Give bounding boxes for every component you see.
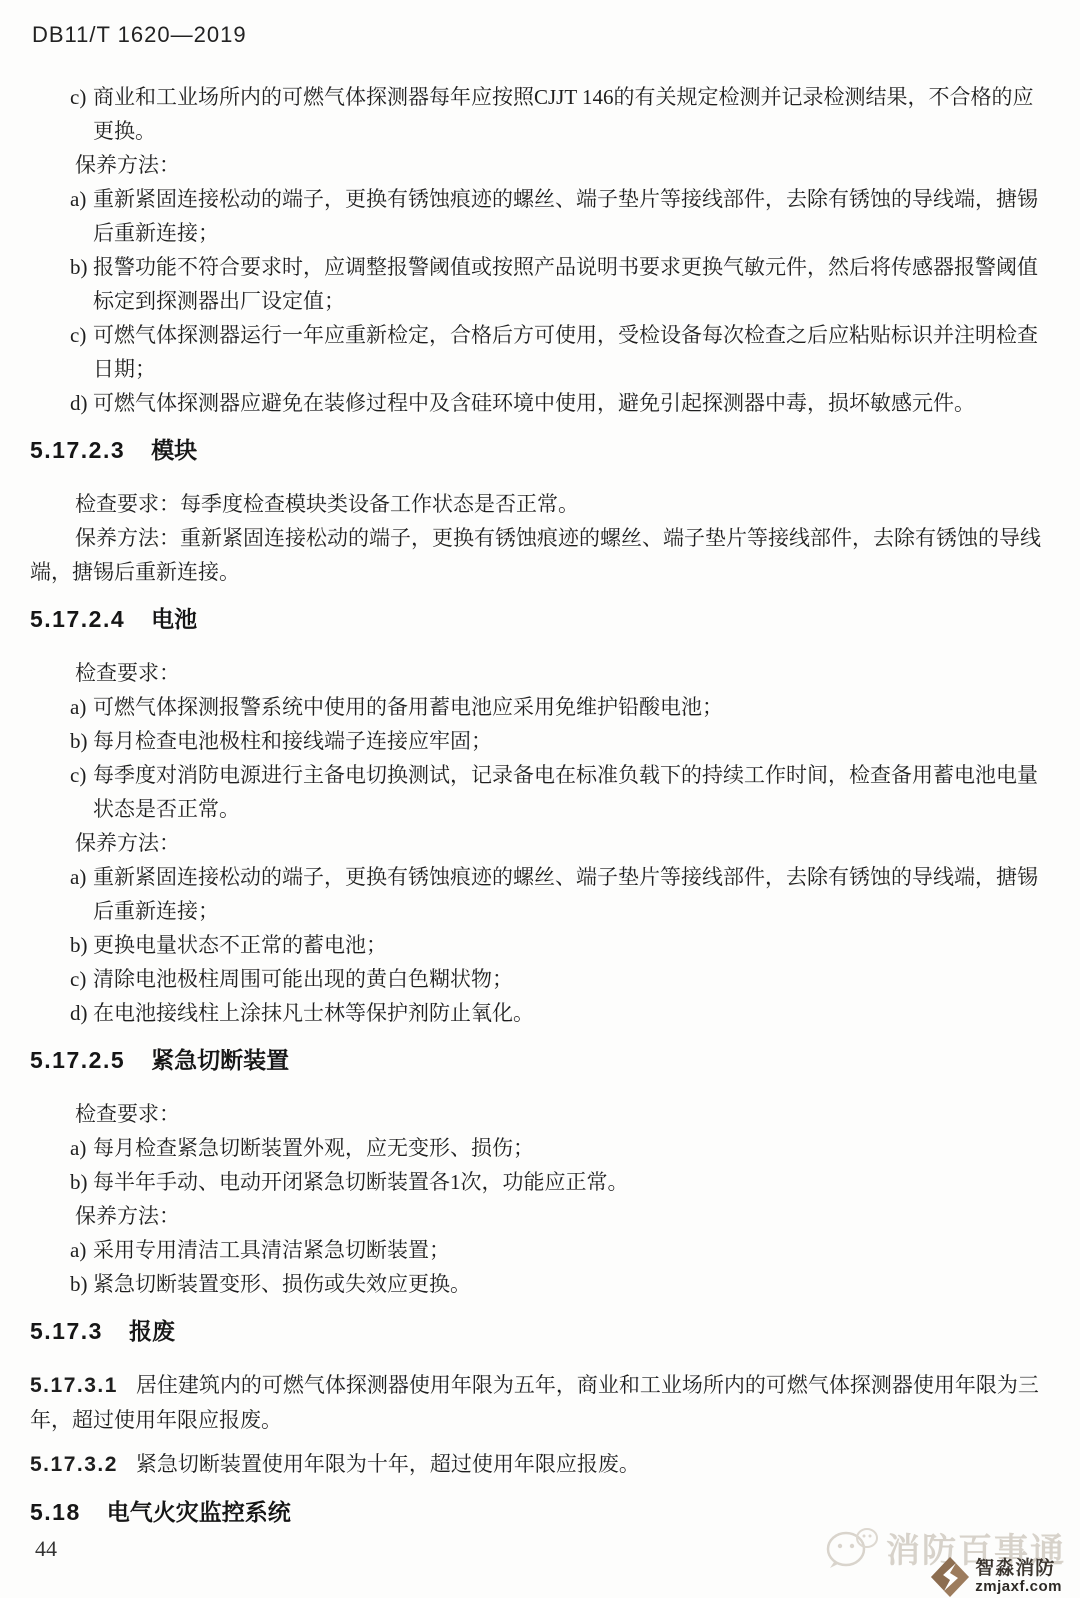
section-title: 电气火灾监控系统 bbox=[107, 1499, 291, 1525]
list-item-text: 每月检查电池极柱和接线端子连接应牢固； bbox=[93, 729, 492, 753]
list-item-text: 每半年手动、电动开闭紧急切断装置各1次，功能应正常。 bbox=[93, 1170, 629, 1194]
list-item-text: 可燃气体探测器应避免在装修过程中及含硅环境中使用，避免引起探测器中毒，损坏敏感元… bbox=[93, 391, 975, 415]
section-heading: 5.17.2.3模块 bbox=[30, 435, 1046, 465]
section-number: 5.17.2.4 bbox=[30, 606, 125, 632]
list-item-label: b) bbox=[70, 928, 88, 962]
list-item: b) 更换电量状态不正常的蓄电池； bbox=[30, 928, 1046, 962]
section-title: 紧急切断装置 bbox=[151, 1047, 289, 1073]
list-item-label: d) bbox=[70, 386, 88, 420]
list-item: a) 可燃气体探测报警系统中使用的备用蓄电池应采用免维护铅酸电池； bbox=[30, 690, 1046, 724]
list-item: c) 可燃气体探测器运行一年应重新检定，合格后方可使用，受检设备每次检查之后应粘… bbox=[30, 318, 1046, 386]
list-item-label: b) bbox=[70, 250, 88, 284]
list-item-label: a) bbox=[70, 1131, 86, 1165]
list-item-label: a) bbox=[70, 182, 86, 216]
list-item: a) 每月检查紧急切断装置外观，应无变形、损伤； bbox=[30, 1131, 1046, 1165]
list-item-text: 清除电池极柱周围可能出现的黄白色糊状物； bbox=[93, 967, 513, 991]
list-item: a) 重新紧固连接松动的端子，更换有锈蚀痕迹的螺丝、端子垫片等接线部件，去除有锈… bbox=[30, 182, 1046, 250]
section-title: 模块 bbox=[151, 437, 197, 463]
section-number: 5.17.2.5 bbox=[30, 1047, 125, 1073]
list-item-label: c) bbox=[70, 962, 86, 996]
paragraph-label: 检查要求： bbox=[30, 656, 1046, 690]
list-item-text: 在电池接线柱上涂抹凡士林等保护剂防止氧化。 bbox=[93, 1001, 534, 1025]
list-item: d) 可燃气体探测器应避免在装修过程中及含硅环境中使用，避免引起探测器中毒，损坏… bbox=[30, 386, 1046, 420]
list-item: c) 清除电池极柱周围可能出现的黄白色糊状物； bbox=[30, 962, 1046, 996]
paragraph-label: 保养方法： bbox=[30, 1199, 1046, 1233]
list-item-text: 每季度对消防电源进行主备电切换测试，记录备电在标准负载下的持续工作时间，检查备用… bbox=[93, 763, 1038, 821]
paragraph-label: 检查要求： bbox=[30, 1097, 1046, 1131]
list-item-label: d) bbox=[70, 996, 88, 1030]
list-item-label: a) bbox=[70, 860, 86, 894]
list-item: b) 报警功能不符合要求时，应调整报警阈值或按照产品说明书要求更换气敏元件，然后… bbox=[30, 250, 1046, 318]
list-item-text: 报警功能不符合要求时，应调整报警阈值或按照产品说明书要求更换气敏元件，然后将传感… bbox=[93, 255, 1038, 313]
list-item: d) 在电池接线柱上涂抹凡士林等保护剂防止氧化。 bbox=[30, 996, 1046, 1030]
paragraph-label: 保养方法： bbox=[30, 148, 1046, 182]
section-title: 电池 bbox=[151, 606, 197, 632]
page-number: 44 bbox=[35, 1536, 57, 1562]
clause-number: 5.17.3.1 bbox=[30, 1374, 118, 1397]
zhimiao-logo-watermark: 智淼消防 zmjaxf.com bbox=[930, 1556, 1062, 1598]
list-item-label: b) bbox=[70, 1165, 88, 1199]
list-item: c) 每季度对消防电源进行主备电切换测试，记录备电在标准负载下的持续工作时间，检… bbox=[30, 758, 1046, 826]
list-item-text: 商业和工业场所内的可燃气体探测器每年应按照CJJT 146的有关规定检测并记录检… bbox=[93, 85, 1034, 143]
list-item: a) 采用专用清洁工具清洁紧急切断装置； bbox=[30, 1233, 1046, 1267]
list-item-text: 采用专用清洁工具清洁紧急切断装置； bbox=[93, 1238, 450, 1262]
list-item-label: b) bbox=[70, 1267, 88, 1301]
wechat-bubbles-icon bbox=[824, 1527, 878, 1569]
section-title: 报废 bbox=[129, 1318, 175, 1344]
list-item: b) 每半年手动、电动开闭紧急切断装置各1次，功能应正常。 bbox=[30, 1165, 1046, 1199]
diamond-logo-icon bbox=[930, 1556, 970, 1598]
paragraph: 保养方法：重新紧固连接松动的端子，更换有锈蚀痕迹的螺丝、端子垫片等接线部件，去除… bbox=[30, 521, 1046, 589]
logo-url-text: zmjaxf.com bbox=[975, 1579, 1062, 1595]
list-item-text: 更换电量状态不正常的蓄电池； bbox=[93, 933, 387, 957]
list-item: c) 商业和工业场所内的可燃气体探测器每年应按照CJJT 146的有关规定检测并… bbox=[30, 80, 1046, 148]
paragraph-label: 保养方法： bbox=[30, 826, 1046, 860]
clause-text: 紧急切断装置使用年限为十年，超过使用年限应报废。 bbox=[136, 1452, 640, 1476]
document-code-header: DB11/T 1620—2019 bbox=[32, 22, 1046, 48]
list-item-label: a) bbox=[70, 690, 86, 724]
clause-paragraph: 5.17.3.2紧急切断装置使用年限为十年，超过使用年限应报废。 bbox=[30, 1447, 1046, 1482]
section-heading: 5.17.2.4电池 bbox=[30, 604, 1046, 634]
clause-number: 5.17.3.2 bbox=[30, 1453, 118, 1476]
clause-text: 居住建筑内的可燃气体探测器使用年限为五年，商业和工业场所内的可燃气体探测器使用年… bbox=[30, 1373, 1039, 1432]
list-item-text: 重新紧固连接松动的端子，更换有锈蚀痕迹的螺丝、端子垫片等接线部件，去除有锈蚀的导… bbox=[93, 187, 1038, 245]
list-item: b) 紧急切断装置变形、损伤或失效应更换。 bbox=[30, 1267, 1046, 1301]
logo-name-text: 智淼消防 bbox=[975, 1559, 1062, 1579]
list-item-label: c) bbox=[70, 80, 86, 114]
section-number: 5.17.3 bbox=[30, 1318, 103, 1344]
section-heading: 5.17.2.5紧急切断装置 bbox=[30, 1045, 1046, 1075]
list-item: b) 每月检查电池极柱和接线端子连接应牢固； bbox=[30, 724, 1046, 758]
list-item-label: c) bbox=[70, 758, 86, 792]
list-item-label: c) bbox=[70, 318, 86, 352]
list-item-text: 每月检查紧急切断装置外观，应无变形、损伤； bbox=[93, 1136, 534, 1160]
list-item-label: b) bbox=[70, 724, 88, 758]
list-item-text: 紧急切断装置变形、损伤或失效应更换。 bbox=[93, 1272, 471, 1296]
list-item-text: 可燃气体探测器运行一年应重新检定，合格后方可使用，受检设备每次检查之后应粘贴标识… bbox=[93, 323, 1038, 381]
section-number: 5.18 bbox=[30, 1499, 81, 1525]
list-item-label: a) bbox=[70, 1233, 86, 1267]
list-item-text: 重新紧固连接松动的端子，更换有锈蚀痕迹的螺丝、端子垫片等接线部件，去除有锈蚀的导… bbox=[93, 865, 1038, 923]
list-item: a) 重新紧固连接松动的端子，更换有锈蚀痕迹的螺丝、端子垫片等接线部件，去除有锈… bbox=[30, 860, 1046, 928]
paragraph: 检查要求：每季度检查模块类设备工作状态是否正常。 bbox=[30, 487, 1046, 521]
section-heading: 5.17.3报废 bbox=[30, 1316, 1046, 1346]
document-page: DB11/T 1620—2019 c) 商业和工业场所内的可燃气体探测器每年应按… bbox=[0, 0, 1080, 1598]
section-number: 5.17.2.3 bbox=[30, 437, 125, 463]
clause-paragraph: 5.17.3.1居住建筑内的可燃气体探测器使用年限为五年，商业和工业场所内的可燃… bbox=[30, 1368, 1046, 1437]
list-item-text: 可燃气体探测报警系统中使用的备用蓄电池应采用免维护铅酸电池； bbox=[93, 695, 723, 719]
